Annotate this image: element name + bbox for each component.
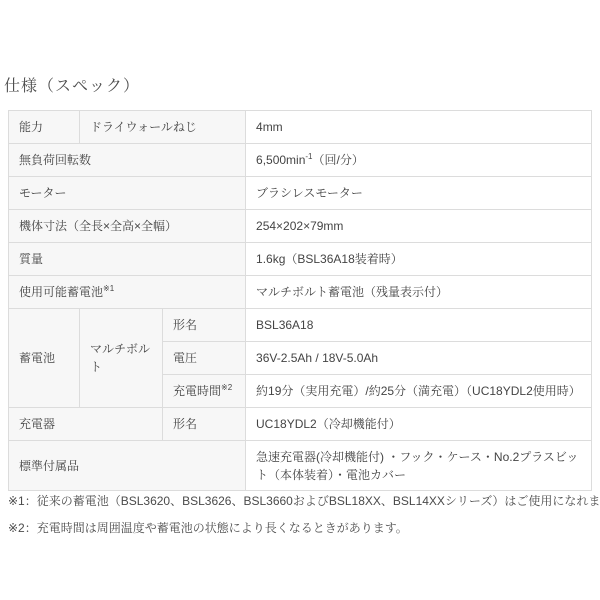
spec-value-battery-voltage: 36V-2.5Ah / 18V-5.0Ah bbox=[246, 342, 592, 375]
spec-value-charge-time: 約19分（実用充電）/約25分（満充電）（UC18YDL2使用時） bbox=[246, 375, 592, 408]
page-title: 仕様（スペック） bbox=[4, 73, 140, 96]
spec-value-no-load-speed: 6,500min-1（回/分） bbox=[246, 144, 592, 177]
spec-row-capacity: 能力 ドライウォールねじ 4mm bbox=[9, 111, 592, 144]
spec-label-accessories: 標準付属品 bbox=[9, 441, 246, 491]
spec-value-weight: 1.6kg（BSL36A18装着時） bbox=[246, 243, 592, 276]
spec-row-accessories: 標準付属品 急速充電器(冷却機能付) ・フック・ケース・No.2プラスビット（本… bbox=[9, 441, 592, 491]
spec-label-dimensions: 機体寸法（全長×全高×全幅） bbox=[9, 210, 246, 243]
spec-value-dimensions: 254×202×79mm bbox=[246, 210, 592, 243]
spec-label-charge-time: 充電時間※2 bbox=[163, 375, 246, 408]
spec-value-accessories: 急速充電器(冷却機能付) ・フック・ケース・No.2プラスビット（本体装着）・電… bbox=[246, 441, 592, 491]
usable-battery-footnote-mark: ※1 bbox=[103, 284, 114, 293]
speed-value-base: 6,500min bbox=[256, 153, 305, 167]
spec-row-usable-battery: 使用可能蓄電池※1 マルチボルト蓄電池（残量表示付） bbox=[9, 276, 592, 309]
spec-label-battery-voltage: 電圧 bbox=[163, 342, 246, 375]
spec-row-charger: 充電器 形名 UC18YDL2（冷却機能付） bbox=[9, 408, 592, 441]
charge-time-footnote-mark: ※2 bbox=[221, 383, 232, 392]
spec-row-motor: モーター ブラシレスモーター bbox=[9, 177, 592, 210]
spec-row-weight: 質量 1.6kg（BSL36A18装着時） bbox=[9, 243, 592, 276]
spec-label-no-load-speed: 無負荷回転数 bbox=[9, 144, 246, 177]
speed-value-unit: （回/分） bbox=[313, 153, 364, 167]
spec-value-usable-battery: マルチボルト蓄電池（残量表示付） bbox=[246, 276, 592, 309]
spec-row-no-load-speed: 無負荷回転数 6,500min-1（回/分） bbox=[9, 144, 592, 177]
footnotes: ※1：従来の蓄電池（BSL3620、BSL3626、BSL3660およびBSL1… bbox=[8, 494, 600, 548]
spec-label-charger: 充電器 bbox=[9, 408, 163, 441]
spec-value-motor: ブラシレスモーター bbox=[246, 177, 592, 210]
spec-value-charger: UC18YDL2（冷却機能付） bbox=[246, 408, 592, 441]
spec-value-battery-model: BSL36A18 bbox=[246, 309, 592, 342]
spec-label-battery-type: マルチボルト bbox=[80, 309, 163, 408]
spec-row-battery-model: 蓄電池 マルチボルト 形名 BSL36A18 bbox=[9, 309, 592, 342]
usable-battery-label-text: 使用可能蓄電池 bbox=[19, 285, 103, 299]
spec-label-usable-battery: 使用可能蓄電池※1 bbox=[9, 276, 246, 309]
spec-label-weight: 質量 bbox=[9, 243, 246, 276]
spec-row-dimensions: 機体寸法（全長×全高×全幅） 254×202×79mm bbox=[9, 210, 592, 243]
spec-label-charger-model: 形名 bbox=[163, 408, 246, 441]
spec-table: 能力 ドライウォールねじ 4mm 無負荷回転数 6,500min-1（回/分） … bbox=[8, 110, 592, 491]
spec-label-battery: 蓄電池 bbox=[9, 309, 80, 408]
spec-label-motor: モーター bbox=[9, 177, 246, 210]
footnote-2: ※2：充電時間は周囲温度や蓄電池の状態により長くなるときがあります。 bbox=[8, 521, 600, 535]
product-spec-page: 仕様（スペック） 能力 ドライウォールねじ 4mm 無負荷回転数 6,500mi… bbox=[0, 0, 600, 600]
charge-time-label-text: 充電時間 bbox=[173, 384, 221, 398]
footnote-1: ※1：従来の蓄電池（BSL3620、BSL3626、BSL3660およびBSL1… bbox=[8, 494, 600, 508]
spec-label-capacity: 能力 bbox=[9, 111, 80, 144]
spec-label-battery-model: 形名 bbox=[163, 309, 246, 342]
speed-value-exponent: -1 bbox=[305, 152, 312, 161]
spec-sublabel-capacity: ドライウォールねじ bbox=[80, 111, 246, 144]
spec-value-capacity: 4mm bbox=[246, 111, 592, 144]
